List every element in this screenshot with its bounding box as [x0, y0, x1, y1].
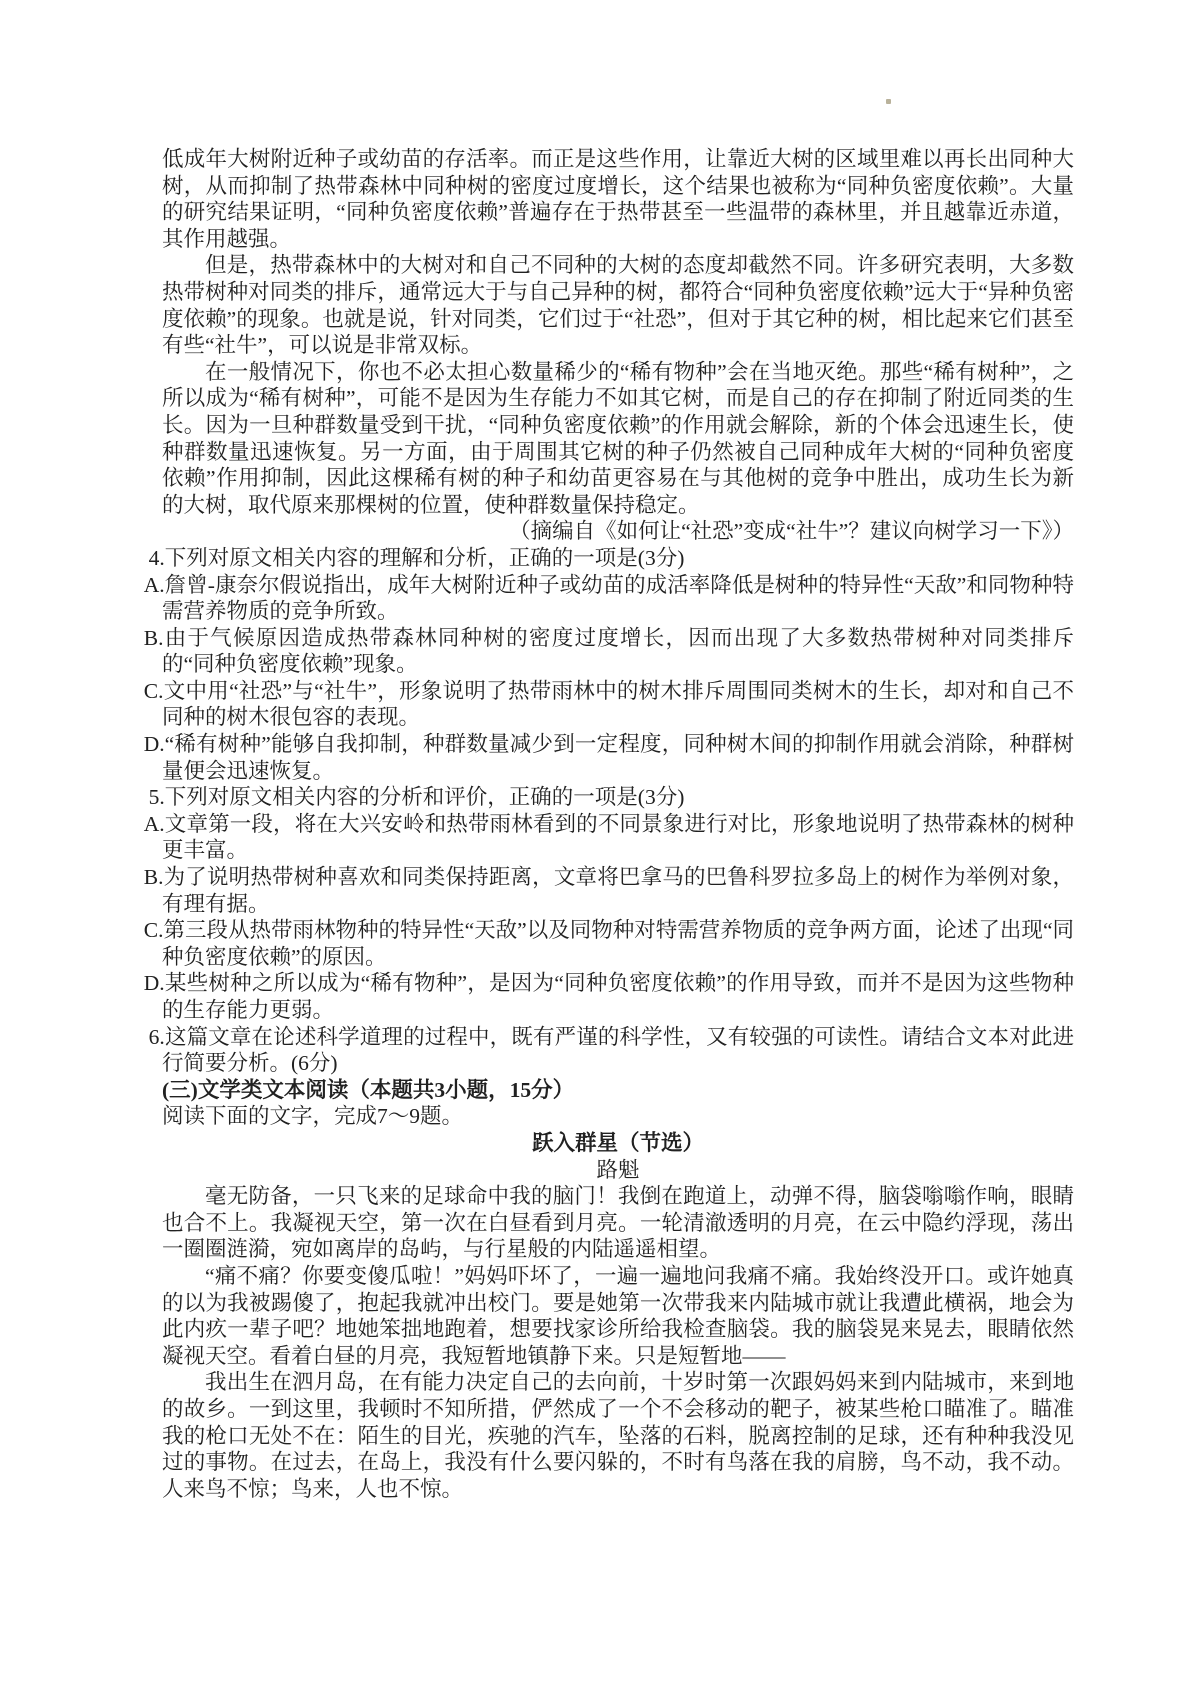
option-label: A.	[144, 812, 165, 836]
question-4-option-b: B.由于气候原因造成热带森林同种树的密度过度增长，因而出现了大多数热带树种对同类…	[162, 625, 1074, 678]
literary-author: 路魁	[162, 1157, 1074, 1184]
literary-title: 跃入群星（节选）	[162, 1130, 1074, 1157]
section-three-heading: (三)文学类文本阅读（本题共3小题，15分）	[162, 1077, 1074, 1104]
option-label: D.	[144, 732, 165, 756]
question-5-option-b: B.为了说明热带树种喜欢和同类保持距离，文章将巴拿马的巴鲁科罗拉多岛上的树作为举…	[162, 864, 1074, 917]
question-4-option-d: D.“稀有树种”能够自我抑制，种群数量减少到一定程度，同种树木间的抑制作用就会消…	[162, 731, 1074, 784]
question-5-option-a: A.文章第一段，将在大兴安岭和热带雨林看到的不同景象进行对比，形象地说明了热带森…	[162, 811, 1074, 864]
option-label: B.	[144, 626, 164, 650]
question-6-text: 这篇文章在论述科学道理的过程中，既有严谨的科学性，又有较强的可读性。请结合文本对…	[162, 1025, 1074, 1076]
question-6-stem: 6.这篇文章在论述科学道理的过程中，既有严谨的科学性，又有较强的可读性。请结合文…	[162, 1024, 1074, 1077]
question-5-number: 5.	[149, 785, 165, 809]
option-text: 文中用“社恐”与“社牛”，形象说明了热带雨林中的树木排斥周围同类树木的生长，却对…	[162, 679, 1074, 730]
science-passage-source: （摘编自《如何让“社恐”变成“社牛”？建议向树学习一下》）	[162, 518, 1074, 545]
question-5-text: 下列对原文相关内容的分析和评价，正确的一项是(3分)	[165, 785, 685, 809]
exam-paper-page: 低成年大树附近种子或幼苗的存活率。而正是这些作用，让靠近大树的区域里难以再长出同…	[0, 0, 1200, 1698]
option-text: 为了说明热带树种喜欢和同类保持距离，文章将巴拿马的巴鲁科罗拉多岛上的树作为举例对…	[162, 865, 1074, 916]
question-4-option-a: A.詹曾-康奈尔假说指出，成年大树附近种子或幼苗的成活率降低是树种的特异性“天敌…	[162, 572, 1074, 625]
option-text: 某些树种之所以成为“稀有物种”，是因为“同种负密度依赖”的作用导致，而并不是因为…	[162, 971, 1074, 1022]
page-content: 低成年大树附近种子或幼苗的存活率。而正是这些作用，让靠近大树的区域里难以再长出同…	[162, 146, 1074, 1502]
question-5-option-c: C.第三段从热带雨林物种的特异性“天敌”以及同物种对特需营养物质的竞争两方面，论…	[162, 917, 1074, 970]
question-6-number: 6.	[149, 1025, 165, 1049]
option-label: D.	[144, 971, 165, 995]
option-label: C.	[144, 918, 164, 942]
option-text: 由于气候原因造成热带森林同种树的密度过度增长，因而出现了大多数热带树种对同类排斥…	[162, 626, 1074, 677]
scan-artifact-dot	[886, 99, 891, 104]
option-text: 詹曾-康奈尔假说指出，成年大树附近种子或幼苗的成活率降低是树种的特异性“天敌”和…	[162, 573, 1074, 624]
question-5-stem: 5.下列对原文相关内容的分析和评价，正确的一项是(3分)	[162, 784, 1074, 811]
option-label: C.	[144, 679, 164, 703]
question-4-option-c: C.文中用“社恐”与“社牛”，形象说明了热带雨林中的树木排斥周围同类树木的生长，…	[162, 678, 1074, 731]
section-three-instruction: 阅读下面的文字，完成7～9题。	[162, 1103, 1074, 1130]
question-5-option-d: D.某些树种之所以成为“稀有物种”，是因为“同种负密度依赖”的作用导致，而并不是…	[162, 970, 1074, 1023]
option-label: B.	[144, 865, 164, 889]
science-passage-paragraph-3: 在一般情况下，你也不必太担心数量稀少的“稀有物种”会在当地灭绝。那些“稀有树种”…	[162, 359, 1074, 519]
question-4-text: 下列对原文相关内容的理解和分析，正确的一项是(3分)	[165, 546, 685, 570]
science-passage-paragraph-2: 但是，热带森林中的大树对和自己不同种的大树的态度却截然不同。许多研究表明，大多数…	[162, 252, 1074, 358]
literary-paragraph-1: 毫无防备，一只飞来的足球命中我的脑门！我倒在跑道上，动弹不得，脑袋嗡嗡作响，眼睛…	[162, 1183, 1074, 1263]
option-text: 第三段从热带雨林物种的特异性“天敌”以及同物种对特需营养物质的竞争两方面，论述了…	[162, 918, 1074, 969]
science-passage-paragraph-1: 低成年大树附近种子或幼苗的存活率。而正是这些作用，让靠近大树的区域里难以再长出同…	[162, 146, 1074, 252]
option-text: 文章第一段，将在大兴安岭和热带雨林看到的不同景象进行对比，形象地说明了热带森林的…	[162, 812, 1074, 863]
literary-paragraph-2: “痛不痛？你要变傻瓜啦！”妈妈吓坏了，一遍一遍地问我痛不痛。我始终没开口。或许她…	[162, 1263, 1074, 1369]
question-4-number: 4.	[149, 546, 165, 570]
option-label: A.	[144, 573, 165, 597]
literary-paragraph-3: 我出生在泗月岛，在有能力决定自己的去向前，十岁时第一次跟妈妈来到内陆城市，来到地…	[162, 1369, 1074, 1502]
question-4-stem: 4.下列对原文相关内容的理解和分析，正确的一项是(3分)	[162, 545, 1074, 572]
option-text: “稀有树种”能够自我抑制，种群数量减少到一定程度，同种树木间的抑制作用就会消除，…	[162, 732, 1074, 783]
